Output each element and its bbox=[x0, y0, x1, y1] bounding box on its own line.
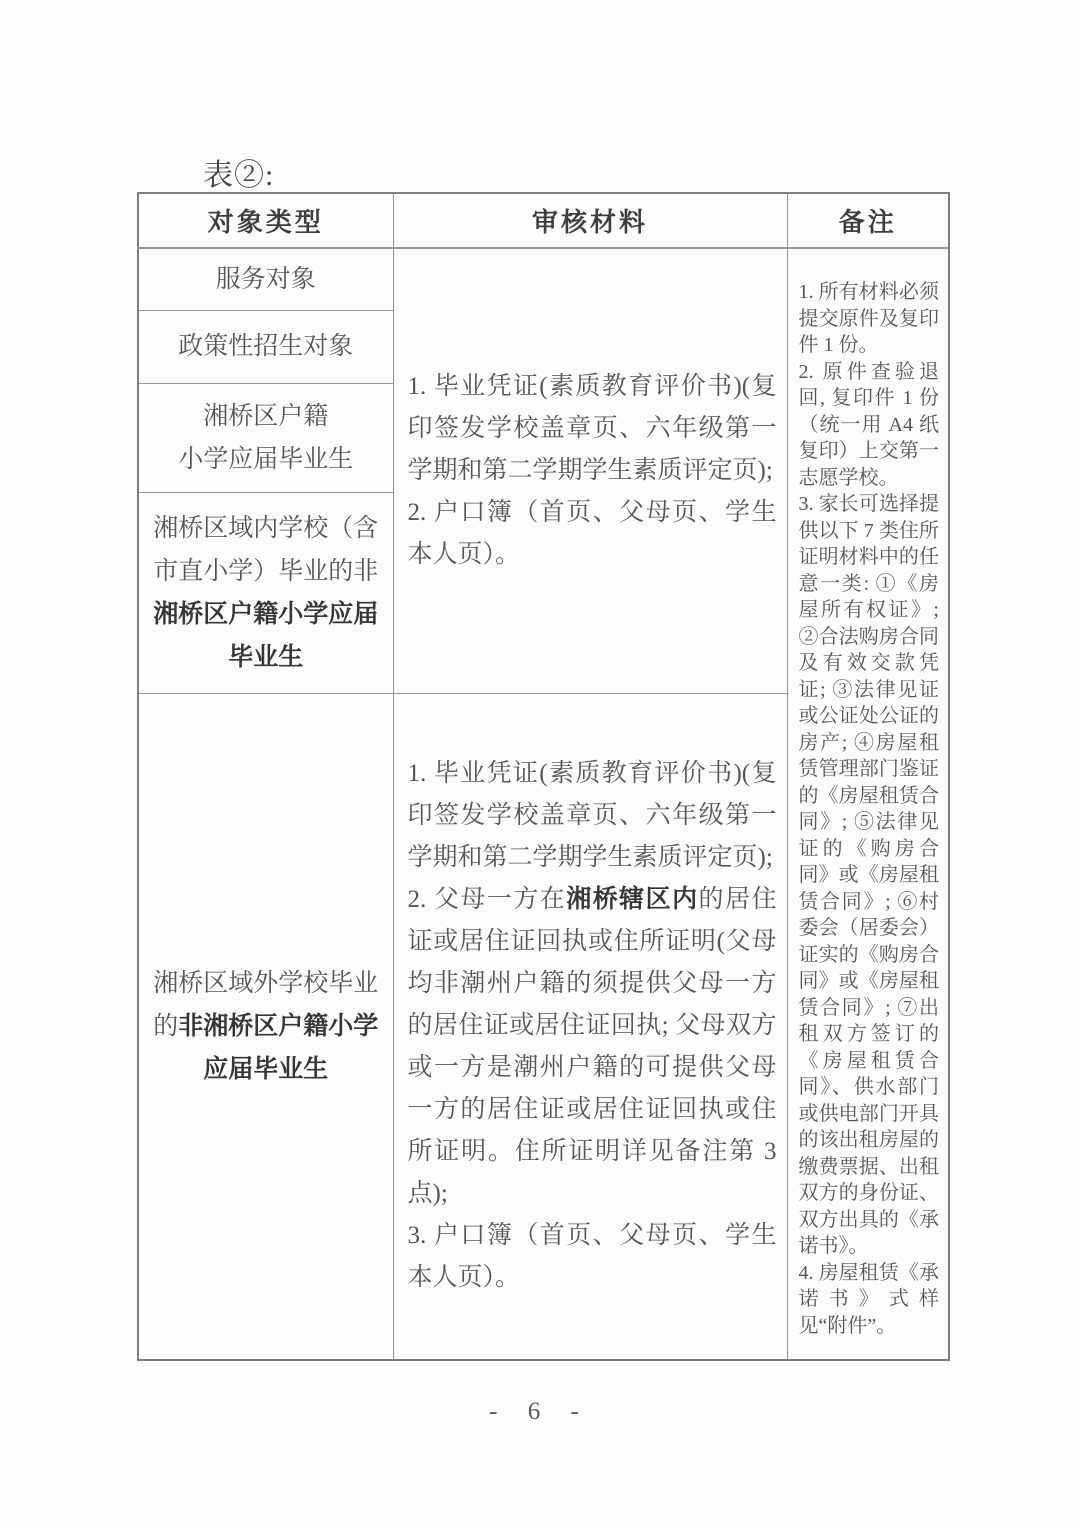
material-item: 1. 毕业凭证(素质教育评价书)(复印签发学校盖章页、六年级第一学期和第二学期学… bbox=[408, 366, 777, 492]
cell-materials-top: 1. 毕业凭证(素质教育评价书)(复印签发学校盖章页、六年级第一学期和第二学期学… bbox=[393, 248, 787, 693]
cell-category-inside-district-nonregistered: 湘桥区域内学校（含市直小学）毕业的非湘桥区户籍小学应届毕业生 bbox=[138, 492, 393, 693]
cell-remarks: 1. 所有材料必须提交原件及复印件 1 份。 2. 原件查验退回, 复印件 1 … bbox=[787, 248, 949, 1360]
col-header-remarks: 备注 bbox=[787, 193, 949, 248]
material-item: 1. 毕业凭证(素质教育评价书)(复印签发学校盖章页、六年级第一学期和第二学期学… bbox=[408, 753, 777, 879]
remark-note: 1. 所有材料必须提交原件及复印件 1 份。 bbox=[799, 279, 940, 359]
header-row: 对象类型 审核材料 备注 bbox=[138, 193, 949, 248]
cell-category-service-object: 服务对象 bbox=[138, 248, 393, 310]
col-header-object-type: 对象类型 bbox=[138, 193, 393, 248]
category-text-bold: 湘桥区户籍小学应届毕业生 bbox=[153, 601, 378, 671]
cell-category-xiangqiao-registered: 湘桥区户籍 小学应届毕业生 bbox=[138, 383, 393, 492]
material-text: 的居住证或居住证回执或住所证明(父母均非潮州户籍的须提供父母一方的居住证或居住证… bbox=[408, 886, 777, 1207]
cell-category-policy-enrollment: 政策性招生对象 bbox=[138, 310, 393, 383]
material-text-bold: 湘桥辖区内 bbox=[566, 886, 698, 913]
material-item: 3. 户口簿（首页、父母页、学生本人页）。 bbox=[408, 1215, 777, 1299]
material-text: 2. 父母一方在 bbox=[408, 886, 567, 913]
cell-category-outside-district-nonregistered: 湘桥区域外学校毕业的非湘桥区户籍小学应届毕业生 bbox=[138, 693, 393, 1360]
category-line: 小学应届毕业生 bbox=[149, 438, 383, 481]
remark-note: 2. 原件查验退回, 复印件 1 份（统一用 A4 纸复印）上交第一志愿学校。 bbox=[799, 359, 940, 492]
category-line: 湘桥区户籍 bbox=[149, 395, 383, 438]
remark-note: 3. 家长可选择提供以下 7 类住所证明材料中的任意一类: ①《房屋所有权证》;… bbox=[799, 491, 940, 1260]
table-row-service-object: 服务对象 1. 毕业凭证(素质教育评价书)(复印签发学校盖章页、六年级第一学期和… bbox=[138, 248, 949, 310]
cell-materials-bottom: 1. 毕业凭证(素质教育评价书)(复印签发学校盖章页、六年级第一学期和第二学期学… bbox=[393, 693, 787, 1360]
material-item: 2. 户口簿（首页、父母页、学生本人页）。 bbox=[408, 492, 777, 576]
category-text-bold: 非湘桥区户籍小学应届毕业生 bbox=[178, 1013, 378, 1083]
page-number: - 6 - bbox=[0, 1398, 1080, 1426]
col-header-review-materials: 审核材料 bbox=[393, 193, 787, 248]
category-text: 湘桥区域内学校（含市直小学）毕业的非 bbox=[153, 515, 378, 585]
material-item: 2. 父母一方在湘桥辖区内的居住证或居住证回执或住所证明(父母均非潮州户籍的须提… bbox=[408, 879, 777, 1215]
enrollment-materials-table: 对象类型 审核材料 备注 服务对象 1. 毕业凭证(素质教育评价书)(复印签发学… bbox=[137, 192, 950, 1361]
document-page: 表②: 对象类型 审核材料 备注 服务对象 1. 毕业凭证(素质教育评价书)(复… bbox=[0, 0, 1080, 1527]
table-caption: 表②: bbox=[203, 150, 274, 194]
remark-note: 4. 房屋租赁《承诺书》式样见“附件”。 bbox=[799, 1260, 940, 1340]
